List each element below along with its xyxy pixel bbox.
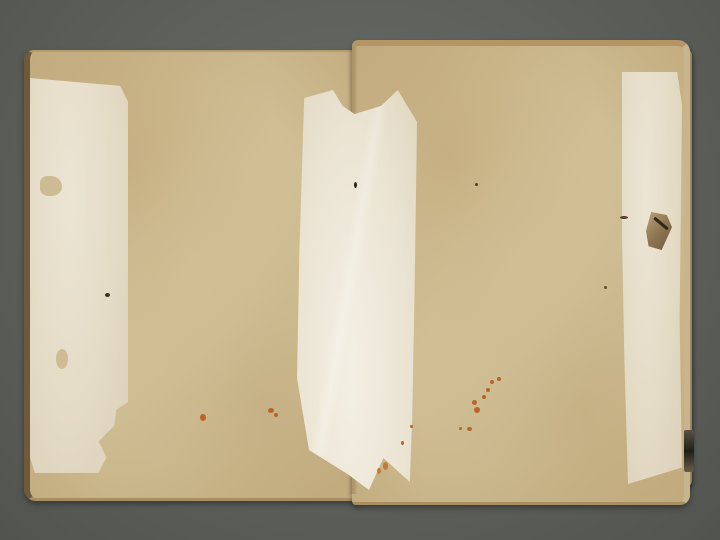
stain-spot bbox=[459, 427, 462, 430]
dark-spot bbox=[475, 183, 478, 186]
stain-spot bbox=[472, 400, 477, 405]
dark-spot bbox=[604, 286, 607, 289]
stain-spot bbox=[497, 377, 501, 381]
photo-stage bbox=[0, 0, 720, 540]
stain-spot bbox=[268, 408, 274, 413]
stain-spot bbox=[410, 425, 413, 428]
stain-spot bbox=[482, 395, 486, 399]
stain-spot bbox=[200, 414, 206, 421]
stain-spot bbox=[377, 468, 381, 474]
stain-spot bbox=[401, 441, 404, 445]
stain-spot bbox=[383, 462, 388, 470]
dark-spot bbox=[354, 182, 357, 188]
center-spine-strip bbox=[297, 90, 417, 490]
left-mending-strip bbox=[30, 78, 128, 473]
stain-spot bbox=[486, 388, 490, 392]
left-strip-hole bbox=[40, 176, 62, 196]
dark-spot bbox=[620, 216, 628, 219]
worn-corner bbox=[684, 430, 694, 472]
right-mending-strip bbox=[622, 72, 682, 484]
stain-spot bbox=[490, 380, 494, 384]
left-strip-hole-small bbox=[56, 349, 68, 369]
dark-spot bbox=[105, 293, 110, 297]
stain-spot bbox=[274, 413, 278, 417]
stain-spot bbox=[474, 407, 480, 413]
stain-spot bbox=[467, 427, 472, 431]
